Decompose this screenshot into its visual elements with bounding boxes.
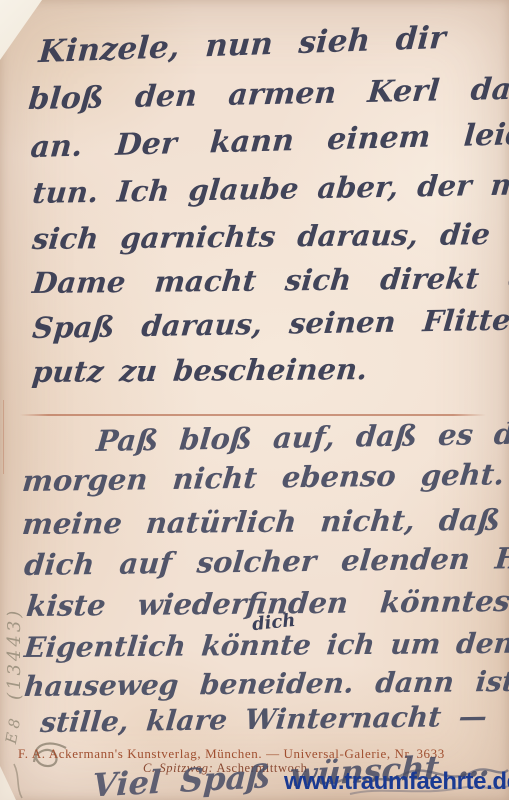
watermark-text: www.traumfaehrte.de — [284, 768, 509, 796]
handwriting-line: stille, klare Winternacht — — [39, 700, 488, 739]
postcard-scan: Kinzele, nun sieh dir bloß den armen Ker… — [0, 0, 509, 800]
divider-rule — [20, 414, 486, 416]
handwriting-line: putz zu bescheinen. — [31, 352, 369, 389]
pencil-scribble — [8, 730, 88, 800]
handwriting-line: Eigentlich könnte ich um den Nach- — [23, 626, 509, 664]
handwriting-line: hauseweg beneiden. dann ist so — [23, 664, 509, 703]
handwriting-line: morgen nicht ebenso geht. Ich — [21, 456, 509, 498]
handwriting-line: Dame macht sich direkt einen — [31, 260, 509, 300]
handwriting-line: sich garnichts daraus, die — [31, 217, 492, 256]
handwriting-line: meine natürlich nicht, daß du — [21, 502, 509, 541]
handwriting-line: dich auf solcher elenden Holz- — [23, 540, 509, 582]
pencil-note-vertical: (13443) — [4, 608, 25, 700]
left-edge-print-mark — [3, 400, 4, 474]
handwriting-line: Paß bloß auf, daß es dir — [95, 416, 509, 458]
